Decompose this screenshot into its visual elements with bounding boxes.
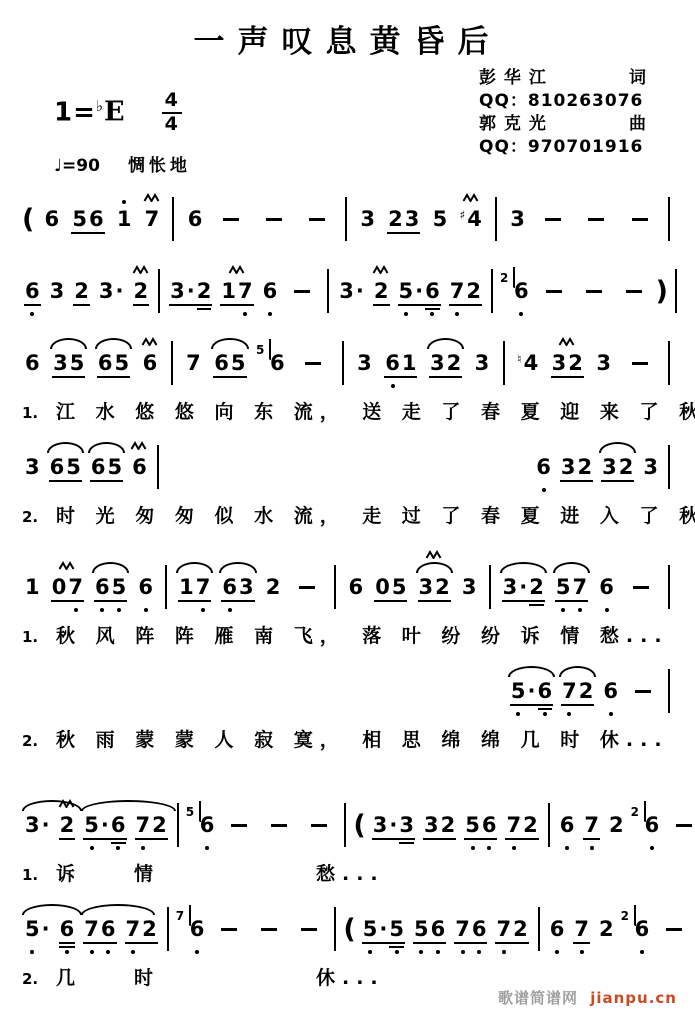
note-token: 26 <box>633 815 661 836</box>
mordent-ornament-icon <box>373 265 390 274</box>
note-body: 56 <box>71 209 104 230</box>
octave-dot-below <box>30 312 34 316</box>
duration-dash <box>305 362 321 365</box>
note-digit: 6 <box>559 815 576 836</box>
verse-number: 2. <box>20 970 56 988</box>
composer-role: 曲 <box>629 113 647 136</box>
grace-digit: 2 <box>500 271 508 285</box>
octave-dot-below <box>205 846 209 850</box>
duration-dash <box>309 218 325 221</box>
note-token: 6 <box>535 457 552 478</box>
lyricist-line: 彭 华 江 词 <box>479 67 647 90</box>
note-digit: 2 <box>512 919 529 940</box>
duration-dash <box>299 586 315 589</box>
note-body: 5·5 <box>362 919 405 940</box>
augmentation-dot: · <box>527 681 537 702</box>
note-body: 6 <box>535 457 552 478</box>
note-token: 6 <box>559 815 576 836</box>
notation-row: (6561763235♯43 <box>20 189 675 249</box>
note-digit: 6 <box>269 353 286 374</box>
note-digit: 6 <box>471 919 488 940</box>
note-body: 2 <box>133 281 150 302</box>
note-body: 72 <box>561 681 594 702</box>
flat-sign: ♭ <box>96 97 104 115</box>
octave-dot-below <box>512 846 516 850</box>
octave-dot-below <box>228 608 232 612</box>
grace-digit: 2 <box>631 805 639 819</box>
augmentation-dot: · <box>518 577 528 598</box>
note-token: 3 <box>474 353 491 374</box>
octave-dot-below <box>116 846 120 850</box>
note-token: 17 <box>220 281 253 302</box>
note-body: 72 <box>495 919 528 940</box>
note-token: 26 <box>623 919 651 940</box>
measure-group: 3·25·67256(3·332567267226) <box>20 803 695 847</box>
note-digit: 3 <box>372 815 389 836</box>
note-body: 6 <box>549 919 566 940</box>
measure-group: 107656176326053233·2576 <box>20 565 675 609</box>
sixteenth-beam <box>425 308 440 310</box>
note-digit: 6 <box>59 919 76 940</box>
octave-dot-below <box>542 488 546 492</box>
augmentation-dot: · <box>378 919 388 940</box>
barline <box>165 565 167 609</box>
note-token: 35 <box>52 353 85 374</box>
note-digit: 3 <box>551 353 568 374</box>
octave-dot-above <box>122 200 126 204</box>
note-digit: 3 <box>356 353 373 374</box>
duration-dash <box>588 218 604 221</box>
barline <box>158 269 160 313</box>
octave-dot-below <box>395 950 399 954</box>
note-token: 3 <box>24 457 41 478</box>
key-base: 1= <box>54 97 96 127</box>
note-digit: 6 <box>131 457 148 478</box>
note-digit: 6 <box>549 919 566 940</box>
note-body: 6 <box>189 919 206 940</box>
sixteenth-beam <box>197 308 212 310</box>
note-body: 65 <box>97 353 130 374</box>
augmentation-dot: · <box>115 281 125 302</box>
note-body: 2 <box>265 577 282 598</box>
note-digit: 3 <box>404 209 421 230</box>
mood-text: 惆怅地 <box>128 156 191 176</box>
note-digit: 6 <box>189 919 206 940</box>
note-digit: 6 <box>187 209 204 230</box>
note-token: 76 <box>178 919 206 940</box>
note-token: 1 <box>24 577 41 598</box>
augmentation-dot: · <box>41 815 51 836</box>
mordent-ornament-icon <box>131 441 148 450</box>
barline <box>334 907 336 951</box>
duration-dash <box>545 218 561 221</box>
note-digit: 7 <box>237 281 254 302</box>
lyricist-role: 词 <box>629 67 647 90</box>
note-token: 56 <box>71 209 104 230</box>
duration-dash <box>676 824 692 827</box>
notation-row: 365656632323 <box>20 437 675 497</box>
measure-group: 632323 <box>531 445 675 489</box>
note-digit: 2 <box>59 815 76 836</box>
octave-dot-below <box>430 312 434 316</box>
note-token: 5 <box>432 209 449 230</box>
note-token: 2 <box>373 281 390 302</box>
sixteenth-beam <box>529 604 544 606</box>
note-digit: 5 <box>555 577 572 598</box>
slur-arc-icon <box>81 904 155 915</box>
measure-group: 5·6726 <box>506 669 675 713</box>
note-digit: 5 <box>230 353 247 374</box>
note-body: 6 <box>187 209 204 230</box>
note-token: ♮4 <box>517 353 539 374</box>
duration-dash <box>633 586 649 589</box>
note-token: 76 <box>454 919 487 940</box>
note-digit: 3 <box>49 281 66 302</box>
note-body: 2 <box>59 815 76 836</box>
note-digit: 3 <box>642 457 659 478</box>
note-token: 32 <box>423 815 456 836</box>
key-signature: 1=♭E 4 4 <box>54 91 182 135</box>
barline <box>503 341 505 385</box>
note-digit: 3 <box>509 209 526 230</box>
note-token: 56 <box>413 919 446 940</box>
verse-number: 2. <box>20 732 56 750</box>
note-token: 2 <box>73 281 90 302</box>
slur-arc-icon <box>553 562 590 573</box>
note-digit: 2 <box>577 457 594 478</box>
barline <box>491 269 493 313</box>
note-digit: 2 <box>373 281 390 302</box>
slur-arc-icon <box>95 338 132 349</box>
note-digit: 3 <box>418 577 435 598</box>
duration-dash <box>311 824 327 827</box>
note-body: 65 <box>213 353 246 374</box>
note-digit: 3 <box>24 815 41 836</box>
sheet-music-page: 一声叹息黄昏后 1=♭E 4 4 ♩=90 惆怅地 彭 华 江 词 QQ：810… <box>0 0 695 1022</box>
barline <box>334 565 336 609</box>
octave-dot-below <box>201 608 205 612</box>
note-token: 32 <box>418 577 451 598</box>
note-digit: 2 <box>133 281 150 302</box>
note-token: 3 <box>642 457 659 478</box>
slur-arc-icon <box>427 338 464 349</box>
mordent-ornament-icon <box>143 193 160 202</box>
note-body: 6 <box>513 281 530 302</box>
augmentation-dot: · <box>355 281 365 302</box>
close-paren: ) <box>656 278 668 305</box>
note-digit: 6 <box>97 353 114 374</box>
lyric-text: 诉 情 愁... <box>56 859 385 886</box>
note-digit: 2 <box>528 577 545 598</box>
note-digit: 4 <box>523 353 540 374</box>
note-digit: 5 <box>65 457 82 478</box>
duration-dash <box>632 362 648 365</box>
note-body: 5 <box>432 209 449 230</box>
note-digit: 5 <box>111 577 128 598</box>
note-token: 3 <box>49 281 66 302</box>
watermark-site-name: 歌谱简谱网 <box>498 989 578 1007</box>
octave-dot-below <box>640 950 644 954</box>
note-body: 32 <box>418 577 451 598</box>
note-digit: 6 <box>49 457 66 478</box>
note-body: 3·2 <box>502 577 545 598</box>
octave-dot-below <box>555 950 559 954</box>
note-token: 32 <box>601 457 634 478</box>
grace-digit: 5 <box>256 343 264 357</box>
note-digit: 7 <box>583 815 600 836</box>
note-digit: 6 <box>24 353 41 374</box>
lyricist-qq-line: QQ：810263076 <box>479 90 647 113</box>
note-token: 3· <box>24 815 51 836</box>
duration-dash <box>546 290 562 293</box>
slur-arc-icon <box>50 338 87 349</box>
note-token: 5·6 <box>83 815 126 836</box>
note-token: 63 <box>221 577 254 598</box>
note-digit: 7 <box>572 577 589 598</box>
composer-name: 郭 克 光 <box>479 113 547 136</box>
notation-row: 6323·23·21763·25·67226) <box>20 261 675 321</box>
note-digit: 2 <box>151 815 168 836</box>
octave-dot-below <box>580 950 584 954</box>
slur-arc-icon <box>176 562 213 573</box>
note-body: 3 <box>595 353 612 374</box>
slur-arc-icon <box>416 562 453 573</box>
note-body: 6 <box>142 353 159 374</box>
note-body: 6 <box>559 815 576 836</box>
note-body: 3 <box>356 353 373 374</box>
note-token: 2 <box>598 919 615 940</box>
augmentation-dot: · <box>388 815 398 836</box>
barline <box>668 197 670 241</box>
grace-note: 2 <box>500 267 512 286</box>
octave-dot-below <box>30 950 34 954</box>
watermark: 歌谱简谱网 jianpu.cn <box>498 987 677 1008</box>
mordent-ornament-icon <box>559 337 576 346</box>
note-digit: 7 <box>449 281 466 302</box>
octave-dot-below <box>650 846 654 850</box>
note-digit: 5 <box>464 815 481 836</box>
note-body: 6 <box>131 457 148 478</box>
note-body: 7 <box>573 919 590 940</box>
note-token: 3· <box>338 281 365 302</box>
grace-digit: 5 <box>186 805 194 819</box>
slur-arc-icon <box>508 666 555 677</box>
octave-dot-below <box>391 384 395 388</box>
barline <box>668 565 670 609</box>
note-body: 17 <box>220 281 253 302</box>
note-digit: 2 <box>598 919 615 940</box>
note-token: 32 <box>429 353 462 374</box>
note-body: 3 <box>642 457 659 478</box>
mordent-ornament-icon <box>141 337 158 346</box>
note-token: 2 <box>608 815 625 836</box>
lyric-text: 秋 雨 蒙 蒙 人 寂 寞， 相 思 绵 绵 几 时 休... <box>56 725 669 752</box>
note-digit: 3 <box>601 457 618 478</box>
note-token: 3· <box>98 281 125 302</box>
note-body: 6 <box>348 577 365 598</box>
music-system: (6561763235♯43 <box>20 189 675 249</box>
octave-dot-below <box>117 608 121 612</box>
note-digit: 6 <box>94 577 111 598</box>
note-token: 65 <box>90 457 123 478</box>
note-body: 32 <box>551 353 584 374</box>
note-body: 72 <box>135 815 168 836</box>
octave-dot-below <box>519 312 523 316</box>
barline <box>489 565 491 609</box>
tempo-value: ♩=90 <box>54 156 100 176</box>
note-digit: 1 <box>220 281 237 302</box>
notation-row: 5·6726 <box>20 661 675 721</box>
note-token: 7 <box>583 815 600 836</box>
note-digit: 6 <box>424 281 441 302</box>
grace-note: 7 <box>176 905 188 924</box>
note-body: 2 <box>73 281 90 302</box>
note-digit: 6 <box>535 457 552 478</box>
note-digit: 7 <box>573 919 590 940</box>
music-system: 3·25·67256(3·332567267226)1.诉 情 愁... <box>20 795 675 887</box>
notation-row: 63565676556361323♮4323 <box>20 333 675 393</box>
note-token: 3 <box>359 209 376 230</box>
octave-dot-below <box>106 950 110 954</box>
mordent-ornament-icon <box>132 265 149 274</box>
notation-row: 5·6767276(5·556767267226) <box>20 899 675 959</box>
lyric-text: 几 时 休... <box>56 963 385 990</box>
barline <box>548 803 550 847</box>
note-token: 07 <box>51 577 84 598</box>
note-digit: 7 <box>135 815 152 836</box>
note-token: 6 <box>348 577 365 598</box>
augmentation-dot: · <box>186 281 196 302</box>
lyric-text: 时 光 匆 匆 似 水 流， 走 过 了 春 夏 进 入 了 秋。 <box>56 501 695 528</box>
note-body: 6 <box>44 209 61 230</box>
note-token: 7 <box>573 919 590 940</box>
grace-note: 2 <box>621 905 633 924</box>
mordent-ornament-icon <box>58 799 75 808</box>
music-system: 63565676556361323♮43231.江 水 悠 悠 向 东 流， 送… <box>20 333 675 425</box>
note-body: 3·2 <box>169 281 212 302</box>
mordent-ornament-icon <box>426 550 443 559</box>
lyric-line: 2.秋 雨 蒙 蒙 人 寂 寞， 相 思 绵 绵 几 时 休... <box>20 725 675 753</box>
note-body: 07 <box>51 577 84 598</box>
note-body: ♯4 <box>459 209 482 230</box>
note-body: 3 <box>509 209 526 230</box>
note-body: 32 <box>429 353 462 374</box>
note-body: 6 <box>602 681 619 702</box>
duration-dash <box>301 928 317 931</box>
note-token: 57 <box>555 577 588 598</box>
note-body: 6 <box>634 919 651 940</box>
music-system: 5·6767276(5·556767267226)2.几 时 休... <box>20 899 675 991</box>
note-token: 3 <box>356 353 373 374</box>
mordent-ornament-icon <box>59 561 76 570</box>
note-token: 6 <box>59 919 76 940</box>
grace-note: 2 <box>631 801 643 820</box>
note-digit: 6 <box>199 815 216 836</box>
note-token: 5·5 <box>362 919 405 940</box>
octave-dot-below <box>590 846 594 850</box>
note-body: 32 <box>560 457 593 478</box>
notation-row: 107656176326053233·2576 <box>20 557 675 617</box>
barline <box>675 269 677 313</box>
barline <box>167 907 169 951</box>
note-digit: 2 <box>196 281 213 302</box>
note-token: 6 <box>24 353 41 374</box>
octave-dot-below <box>74 608 78 612</box>
note-token: 3·3 <box>372 815 415 836</box>
note-token: 2 <box>265 577 282 598</box>
note-digit: 6 <box>90 457 107 478</box>
lyricist-qq: QQ：810263076 <box>479 90 643 113</box>
duration-dash <box>666 928 682 931</box>
note-digit: 3 <box>169 281 186 302</box>
note-digit: 6 <box>142 353 159 374</box>
lyric-line: 1.江 水 悠 悠 向 东 流， 送 走 了 春 夏 迎 来 了 秋。 <box>20 397 675 425</box>
octave-dot-below <box>461 950 465 954</box>
note-body: 3 <box>24 457 41 478</box>
note-digit: 1 <box>178 577 195 598</box>
note-token: 5·6 <box>398 281 441 302</box>
octave-dot-below <box>561 608 565 612</box>
note-digit: 3 <box>98 281 115 302</box>
slur-arc-icon <box>219 562 256 573</box>
note-token: 2 <box>59 815 76 836</box>
note-body: 7 <box>583 815 600 836</box>
note-digit: 0 <box>374 577 391 598</box>
note-body: 2 <box>373 281 390 302</box>
note-digit: 5 <box>71 209 88 230</box>
note-digit: 2 <box>141 919 158 940</box>
open-paren: ( <box>343 916 355 943</box>
note-digit: 6 <box>100 919 117 940</box>
note-digit: 2 <box>608 815 625 836</box>
slur-arc-icon <box>599 442 636 453</box>
duration-dash <box>231 824 247 827</box>
duration-dash <box>261 928 277 931</box>
note-digit: 7 <box>67 577 84 598</box>
note-token: 6 <box>24 281 41 302</box>
mordent-ornament-icon <box>229 265 246 274</box>
duration-dash <box>271 824 287 827</box>
open-paren: ( <box>353 812 365 839</box>
note-digit: 3 <box>461 577 478 598</box>
note-token: 6 <box>598 577 615 598</box>
lyric-text: 江 水 悠 悠 向 东 流， 送 走 了 春 夏 迎 来 了 秋。 <box>56 397 695 424</box>
note-token: 6 <box>262 281 279 302</box>
note-digit: 3 <box>429 353 446 374</box>
note-body: 5·6 <box>83 815 126 836</box>
note-body: 1 <box>116 209 133 230</box>
note-digit: 2 <box>465 281 482 302</box>
music-system: 6323·23·21763·25·67226) <box>20 261 675 321</box>
note-token: 3 <box>509 209 526 230</box>
barline <box>668 669 670 713</box>
note-token: 32 <box>560 457 593 478</box>
note-token: 7 <box>144 209 161 230</box>
barline <box>171 341 173 385</box>
augmentation-dot: · <box>41 919 51 940</box>
note-digit: 1 <box>24 577 41 598</box>
note-body: 57 <box>555 577 588 598</box>
note-digit: 2 <box>446 353 463 374</box>
slur-arc-icon <box>22 904 82 915</box>
octave-dot-below <box>195 950 199 954</box>
note-digit: 2 <box>578 681 595 702</box>
note-token: 6 <box>187 209 204 230</box>
note-body: 32 <box>423 815 456 836</box>
lyricist-name: 彭 华 江 <box>479 67 547 90</box>
note-token: 5· <box>24 919 51 940</box>
note-body: 61 <box>384 353 417 374</box>
